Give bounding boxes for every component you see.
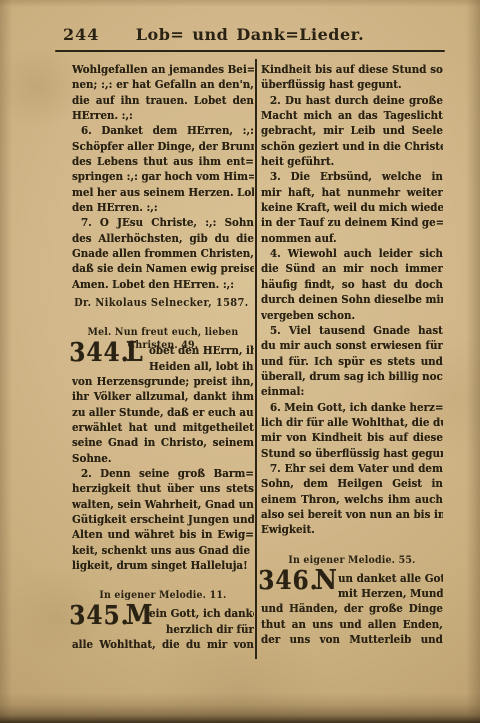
text-line: ihr Völker allzumal, dankt ihm bbox=[72, 389, 254, 404]
text-line: herzlich dir für bbox=[149, 622, 254, 637]
text-line: vergeben schon. bbox=[261, 308, 443, 323]
text-line: Kindheit bis auf diese Stund so bbox=[261, 62, 443, 77]
text-line: durch deinen Sohn dieselbe mir bbox=[261, 292, 443, 307]
text-line: springen :,: gar hoch vom Him= bbox=[72, 169, 254, 184]
hymn-start: 344.Lobet den HErrn, ihrHeiden all, lobt… bbox=[72, 343, 254, 374]
text-line: also sei bereit von nun an bis in bbox=[261, 507, 443, 522]
text-line: den HErren. :,: bbox=[72, 200, 254, 215]
section-title: Lob= und Dank=Lieder. bbox=[55, 25, 445, 44]
hymn-number: 346. bbox=[258, 566, 318, 596]
text-line: 3. Die Erbsünd, welche in bbox=[261, 169, 443, 184]
hymn-first-lines: un danket alle Gottmit Herzen, Mund bbox=[338, 571, 443, 602]
hymn-number: 344. bbox=[69, 338, 129, 368]
text-line: 2. Denn seine groß Barm= bbox=[72, 466, 254, 481]
text-line: von Herzensgrunde; preist ihn, bbox=[72, 374, 254, 389]
text-line: Heiden all, lobt ihn bbox=[149, 359, 254, 374]
text-line: Stund so überflüssig hast gegunt. bbox=[261, 446, 443, 461]
text-line: 6. Mein Gott, ich danke herz= bbox=[261, 400, 443, 415]
text-line: herzigkeit thut über uns stets bbox=[72, 481, 254, 496]
header-rule bbox=[55, 50, 445, 52]
text-line: überflüssig hast gegunt. bbox=[261, 77, 443, 92]
text-line: Sohne. bbox=[72, 451, 254, 466]
text-line: alle Wohlthat, die du mir von bbox=[72, 637, 254, 652]
text-line: 5. Viel tausend Gnade hast bbox=[261, 323, 443, 338]
text-line: Gütigkeit erscheint Jungen und bbox=[72, 512, 254, 527]
text-line: des Allerhöchsten, gib du die bbox=[72, 231, 254, 246]
text-line: die Sünd an mir noch immer bbox=[261, 261, 443, 276]
text-line: in der Tauf zu deinem Kind ge= bbox=[261, 215, 443, 230]
text-line: Alten und währet bis in Ewig= bbox=[72, 527, 254, 542]
text-line: Schöpfer aller Dinge, der Brunn bbox=[72, 139, 254, 154]
text-line: 7. O JEsu Christe, :,: Sohn bbox=[72, 215, 254, 230]
hymn-first-lines: ein Gott, ich dankeherzlich dir für bbox=[149, 606, 254, 637]
text-line: des Lebens thut aus ihm ent= bbox=[72, 154, 254, 169]
text-line: seine Gnad in Christo, seinem bbox=[72, 435, 254, 450]
text-line: der uns von Mutterleib und bbox=[261, 632, 443, 647]
text-line: Wohlgefallen an jemandes Bei= bbox=[72, 62, 254, 77]
text-line: heit geführt. bbox=[261, 154, 443, 169]
text-line: Sohn, dem Heilgen Geist in bbox=[261, 476, 443, 491]
text-line: mel her aus seinem Herzen. Lobet bbox=[72, 185, 254, 200]
text-line: Ewigkeit. bbox=[261, 522, 443, 537]
text-line: 7. Ehr sei dem Vater und dem bbox=[261, 461, 443, 476]
text-line: häufig findt, so hast du doch bbox=[261, 277, 443, 292]
author-attribution: Dr. Nikolaus Selnecker, 1587. bbox=[72, 295, 254, 310]
text-line: 6. Danket dem HErren, :,: bbox=[72, 123, 254, 138]
right-column: Kindheit bis auf diese Stund soüberflüss… bbox=[261, 62, 446, 647]
text-line: obet den HErrn, ihr bbox=[149, 343, 254, 358]
text-line: gebracht, mir Leib und Seele bbox=[261, 123, 443, 138]
text-line: walten, sein Wahrheit, Gnad und bbox=[72, 497, 254, 512]
drop-cap-letter: L bbox=[126, 337, 143, 368]
text-line: du mir auch sonst erwiesen für bbox=[261, 338, 443, 353]
text-line: einem Thron, welchs ihm auch bbox=[261, 492, 443, 507]
text-line: HErren. :,: bbox=[72, 108, 254, 123]
text-line: schön geziert und in die Christen= bbox=[261, 139, 443, 154]
text-line: keine Kraft, weil du mich wieder bbox=[261, 200, 443, 215]
text-line: keit, schenkt uns aus Gnad die Se= bbox=[72, 543, 254, 558]
text-line: Macht mich an das Tageslicht bbox=[261, 108, 443, 123]
hymn-start: 345.Mein Gott, ich dankeherzlich dir für bbox=[72, 606, 254, 637]
text-line: zu aller Stunde, daß er euch aus= bbox=[72, 405, 254, 420]
text-line: nen; :,: er hat Gefalln an den'n, bbox=[72, 77, 254, 92]
text-line: erwählet hat und mitgetheilet bbox=[72, 420, 254, 435]
text-line: einmal: bbox=[261, 384, 443, 399]
text-line: und für. Ich spür es stets und bbox=[261, 354, 443, 369]
text-line: daß sie dein Namen ewig preisen, bbox=[72, 261, 254, 276]
hymn-start: 346.Nun danket alle Gottmit Herzen, Mund bbox=[261, 571, 443, 602]
left-column: Wohlgefallen an jemandes Bei=nen; :,: er… bbox=[72, 62, 254, 652]
hymn-first-lines: obet den HErrn, ihrHeiden all, lobt ihn bbox=[149, 343, 254, 374]
text-line: überall, drum sag ich billig noch bbox=[261, 369, 443, 384]
text-line: Amen. Lobet den HErren. :,: bbox=[72, 277, 254, 292]
text-line: Gnade allen frommen Christen, :,: bbox=[72, 246, 254, 261]
text-line: lich dir für alle Wohlthat, die du bbox=[261, 415, 443, 430]
text-line: nommen auf. bbox=[261, 231, 443, 246]
page-header: 244 Lob= und Dank=Lieder. bbox=[55, 25, 445, 45]
text-line: 4. Wiewohl auch leider sich bbox=[261, 246, 443, 261]
text-line: ligkeit, drum singet Halleluja! bbox=[72, 558, 254, 573]
text-line: mir haft, hat nunmehr weiter bbox=[261, 185, 443, 200]
text-line: mit Herzen, Mund bbox=[338, 586, 443, 601]
text-line: thut an uns und allen Enden, bbox=[261, 617, 443, 632]
text-line: 2. Du hast durch deine große bbox=[261, 93, 443, 108]
hymn-number: 345. bbox=[69, 601, 129, 631]
drop-cap-letter: M bbox=[126, 600, 153, 631]
text-line: und Händen, der große Dinge bbox=[261, 601, 443, 616]
book-page: 244 Lob= und Dank=Lieder. Wohlgefallen a… bbox=[0, 0, 480, 723]
text-line: ein Gott, ich danke bbox=[149, 606, 254, 621]
column-divider bbox=[255, 59, 257, 659]
text-line: mir von Kindheit bis auf diese bbox=[261, 430, 443, 445]
drop-cap-letter: N bbox=[315, 565, 337, 596]
text-line: die auf ihn trauen. Lobet den bbox=[72, 93, 254, 108]
text-line: un danket alle Gott bbox=[338, 571, 443, 586]
